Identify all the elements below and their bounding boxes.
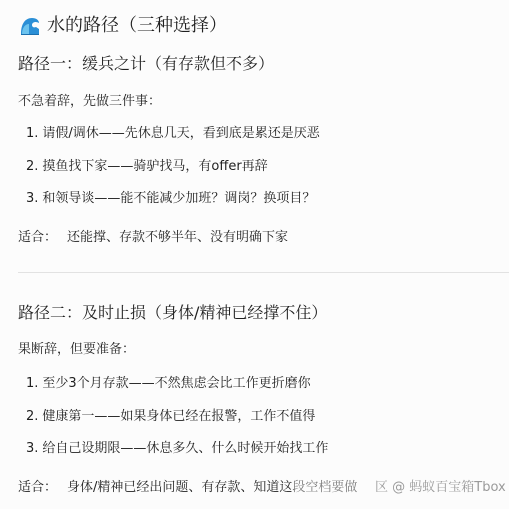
watermark: 区 @ 蚂蚁百宝箱Tbox [375, 479, 506, 497]
list-item: 3.给自己设期限——休息多久、什么时候开始找工作 [26, 440, 328, 458]
list-text: 和领导谈——能不能减少加班？调岗？换项目？ [42, 191, 315, 206]
list-text: 至少3个月存款——不然焦虑会比工作更折磨你 [42, 376, 310, 391]
fit-label: 适合： [18, 230, 57, 245]
list-number: 3. [26, 191, 38, 206]
list-text: 给自己设期限——休息多久、什么时候开始找工作 [42, 441, 328, 456]
list-text: 健康第一——如果身体已经在报警，工作不值得 [42, 409, 315, 424]
list-number: 2. [26, 159, 38, 174]
page-title: 水的路径（三种选择） [19, 14, 227, 38]
fit-label: 适合： [18, 480, 57, 495]
section-2-fit: 适合：身体/精神已经出问题、有存款、知道这段空档要做 [18, 479, 357, 497]
page-title-text: 水的路径（三种选择） [47, 14, 227, 38]
section-1-fit: 适合：还能撑、存款不够半年、没有明确下家 [18, 229, 288, 247]
list-item: 2.健康第一——如果身体已经在报警，工作不值得 [26, 408, 315, 426]
section-divider [18, 272, 509, 273]
list-number: 3. [26, 441, 38, 456]
document-page: 水的路径（三种选择） 路径一：缓兵之计（有存款但不多） 不急着辞，先做三件事： … [0, 0, 509, 509]
fit-text-obscured: 段空档要做 [292, 480, 357, 495]
water-wave-icon [19, 16, 41, 36]
list-item: 1.请假/调休——先休息几天，看到底是累还是厌恶 [26, 125, 320, 143]
list-number: 2. [26, 409, 38, 424]
list-text: 摸鱼找下家——骑驴找马，有offer再辞 [42, 159, 267, 174]
section-2-heading: 路径二：及时止损（身体/精神已经撑不住） [18, 302, 327, 324]
section-1-intro: 不急着辞，先做三件事： [18, 93, 161, 111]
list-item: 3.和领导谈——能不能减少加班？调岗？换项目？ [26, 190, 315, 208]
fit-text: 还能撑、存款不够半年、没有明确下家 [67, 230, 288, 245]
section-1-heading: 路径一：缓兵之计（有存款但不多） [18, 53, 274, 75]
list-number: 1. [26, 126, 38, 141]
list-item: 2.摸鱼找下家——骑驴找马，有offer再辞 [26, 158, 268, 176]
list-item: 1.至少3个月存款——不然焦虑会比工作更折磨你 [26, 375, 311, 393]
section-2-intro: 果断辞，但要准备： [18, 341, 135, 359]
list-number: 1. [26, 376, 38, 391]
list-text: 请假/调休——先休息几天，看到底是累还是厌恶 [42, 126, 319, 141]
fit-text: 身体/精神已经出问题、有存款、知道这 [67, 480, 292, 495]
